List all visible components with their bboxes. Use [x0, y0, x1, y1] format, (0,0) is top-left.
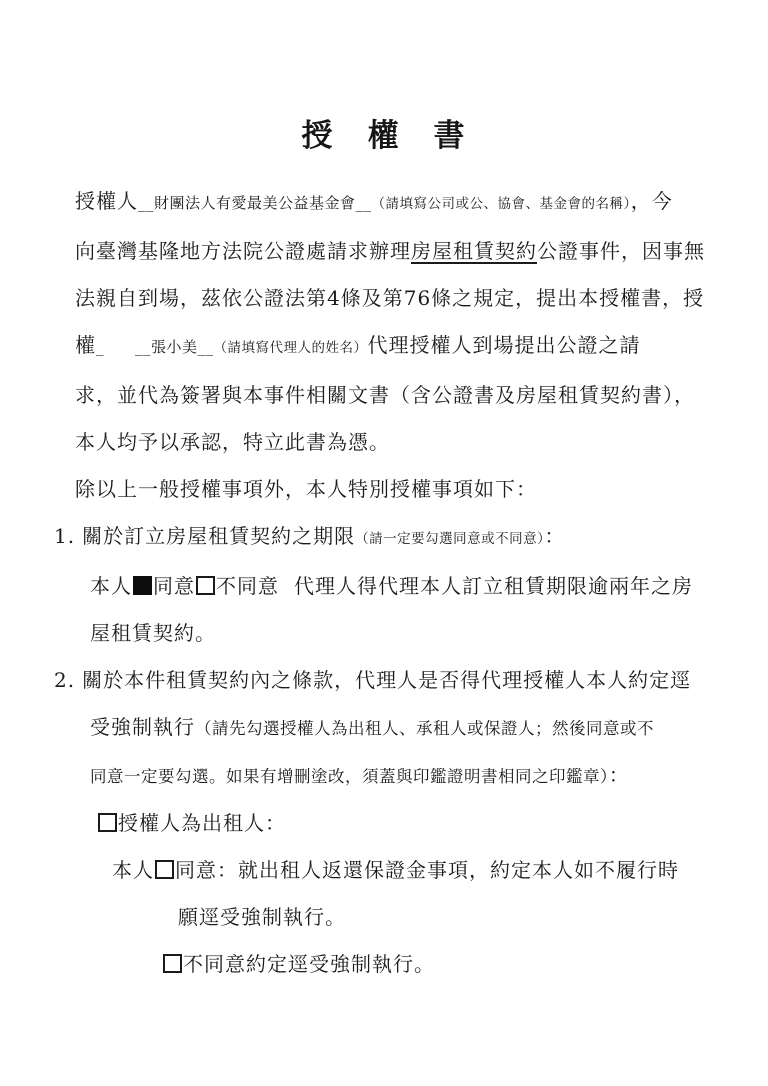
- item1-choice-line: 本人同意不同意代理人得代理本人訂立租賃期限逾兩年之房: [0, 563, 768, 610]
- item2-disagree-checkbox[interactable]: [163, 954, 182, 973]
- item1-disagree-label: 不同意: [216, 574, 279, 598]
- item2-lessor-label: 授權人為出租人：: [118, 811, 286, 835]
- agent-label: 權: [75, 333, 96, 357]
- item2-agree-line: 本人同意：就出租人返還保證金事項，約定本人如不履行時: [0, 847, 768, 894]
- item1-heading-colon: ：: [544, 524, 565, 548]
- para-agent: 權_ __張小美__（請填寫代理人的姓名）代理授權人到場提出公證之請: [0, 322, 768, 372]
- item1-clause: 代理人得代理本人訂立租賃期限逾兩年之房: [294, 574, 693, 598]
- item2-agree-clause: 同意：就出租人返還保證金事項，約定本人如不履行時: [175, 858, 679, 882]
- authorizer-name-field[interactable]: __財團法人有愛最美公益基金會__: [138, 194, 372, 212]
- authorizer-label: 授權人: [75, 189, 138, 213]
- para-court-tail: 公證事件，因事無: [537, 239, 705, 263]
- para-acknowledge: 本人均予以承認，特立此書為憑。: [0, 419, 768, 466]
- para-authorizer-tail: ，今: [631, 189, 673, 213]
- agent-name-hint: （請填寫代理人的姓名）: [214, 340, 368, 356]
- authorization-document-page: 授 權 書 授權人__財團法人有愛最美公益基金會__（請填寫公司或公、協會、基金…: [0, 0, 768, 1086]
- item1-heading: 1.關於訂立房屋租賃契約之期限（請一定要勾選同意或不同意）：: [0, 513, 768, 563]
- item2-lessor-option-line: 授權人為出租人：: [0, 800, 768, 847]
- agent-name-field[interactable]: _ __張小美__: [96, 338, 214, 356]
- item2-lessor-checkbox[interactable]: [98, 813, 117, 832]
- para-authorizer: 授權人__財團法人有愛最美公益基金會__（請填寫公司或公、協會、基金會的名稱），…: [0, 178, 768, 228]
- para-court: 向臺灣基隆地方法院公證處請求辦理房屋租賃契約公證事件，因事無: [0, 228, 768, 275]
- item2-disagree-line: 不同意約定逕受強制執行。: [0, 941, 768, 988]
- item2-hint-line2: 同意一定要勾選。如果有增刪塗改，須蓋與印鑑證明書相同之印鑑章）: [90, 767, 609, 786]
- item2-disagree-clause: 不同意約定逕受強制執行。: [183, 952, 435, 976]
- item2-number: 2.: [54, 657, 75, 704]
- company-name-hint: （請填寫公司或公、協會、基金會的名稱）: [372, 196, 631, 212]
- item1-agree-checkbox[interactable]: [133, 576, 152, 595]
- item2-heading-text: 關於本件租賃契約內之條款，代理人是否得代理授權人本人約定逕: [82, 668, 691, 692]
- item2-heading-cont-text: 受強制執行: [90, 715, 195, 739]
- item2-agree-checkbox[interactable]: [155, 860, 174, 879]
- para-special-authorization-intro: 除以上一般授權事項外，本人特別授權事項如下：: [0, 466, 768, 513]
- court-text: 向臺灣基隆地方法院公證處請求辦理: [75, 239, 411, 263]
- doc-title: 授 權 書: [0, 114, 768, 158]
- para-sign-documents: 求，並代為簽署與本事件相關文書（含公證書及房屋租賃契約書），: [0, 372, 768, 419]
- item1-number: 1.: [54, 513, 75, 560]
- item1-heading-text: 關於訂立房屋租賃契約之期限: [82, 524, 355, 548]
- item1-disagree-checkbox[interactable]: [196, 576, 215, 595]
- item1-heading-hint: （請一定要勾選同意或不同意）: [355, 531, 544, 547]
- item2-agree-clause-continuation: 願逕受強制執行。: [0, 894, 768, 941]
- item2-hint-line1: （請先勾選授權人為出租人、承租人或保證人；然後同意或不: [195, 719, 654, 738]
- para-agent-tail: 代理授權人到場提出公證之請: [368, 333, 641, 357]
- item1-clause-continuation: 屋租賃契約。: [0, 610, 768, 657]
- matter-type-underlined: 房屋租賃契約: [411, 239, 537, 263]
- para-legal-basis: 法親自到場，茲依公證法第4條及第76條之規定，提出本授權書，授: [0, 275, 768, 322]
- item1-subject: 本人: [90, 574, 132, 598]
- item2-hint-continuation: 同意一定要勾選。如果有增刪塗改，須蓋與印鑑證明書相同之印鑑章）：: [0, 752, 768, 800]
- item2-heading-colon: ：: [609, 763, 630, 787]
- item2-agree-subject: 本人: [112, 858, 154, 882]
- item2-heading: 2.關於本件租賃契約內之條款，代理人是否得代理授權人本人約定逕: [0, 657, 768, 704]
- item2-heading-continuation: 受強制執行（請先勾選授權人為出租人、承租人或保證人；然後同意或不: [0, 704, 768, 752]
- item1-agree-label: 同意: [153, 574, 195, 598]
